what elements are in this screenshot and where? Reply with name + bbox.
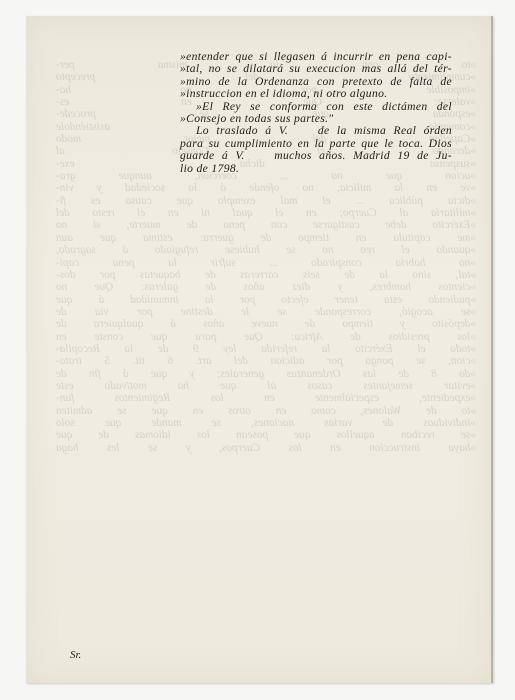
text-line: »instruccion en el idioma, ni otro algun…	[180, 88, 452, 100]
bleed-line: »todo el Exército la referida ley 9 de l…	[56, 343, 476, 355]
bleed-line: »se acogió, corresponde se le destine po…	[56, 306, 476, 318]
date-line: lio de 1798.	[180, 163, 452, 175]
bleed-line: »haya instruccion en los Cuerpos, y se l…	[56, 442, 476, 454]
bleed-line: »pudiendo esta tener efecto por la inmun…	[56, 294, 476, 306]
bleed-line: »militaría al Cuerpo; en el qual ni en e…	[56, 207, 476, 219]
bleed-line: »Exército debe castigarse con pena de mu…	[56, 219, 476, 231]
bleed-line: »me capitula en tiempo de guerra: estima…	[56, 232, 476, 244]
quoted-paragraph-1: »entender que si llegasen á incurrir en …	[180, 51, 452, 101]
quoted-paragraph-2: »El Rey se conforma con este dictámen de…	[180, 101, 452, 126]
bleed-line: »se reciban aquellos que posean los idio…	[56, 429, 476, 441]
closing-paragraph: Lo traslado á V. de la misma Real órden …	[180, 125, 452, 175]
bleed-line: »do 8 de las Ordenanzas generales; y que…	[56, 368, 476, 380]
main-text-block: »entender que si llegasen á incurrir en …	[180, 51, 452, 175]
bleed-line: »los presidios de Africa: Que para que c…	[56, 331, 476, 343]
bleed-line: »no habria conspirado ... sufrir la pena…	[56, 257, 476, 269]
bleed-line: »ve en la milicia, no ofende á la socied…	[56, 182, 476, 194]
text-line: guarde á V. muchos años. Madrid 19 de Ju…	[180, 150, 452, 162]
bleed-line: »expediente, especialmente en los Regimi…	[56, 392, 476, 404]
text-line: Lo traslado á V. de la misma Real órden	[180, 125, 452, 137]
bleed-line: »cientos hombres, y diez años de galeras…	[56, 281, 476, 293]
bleed-line: »dicta pública ... el mal exemplo que ca…	[56, 195, 476, 207]
signature-sr: Sr.	[70, 649, 81, 661]
text-line: »tal, no se dilatará su execucion mas al…	[180, 63, 452, 75]
bleed-line: »tal, sino la de seis carreras de baquet…	[56, 269, 476, 281]
bleed-line: »depósito y tiempo de nueve años á qualq…	[56, 318, 476, 330]
bleed-line: »to de Walones, como en otros en que se …	[56, 405, 476, 417]
bleed-line: »quando el reo no se hubiese refugiado á…	[56, 244, 476, 256]
bleed-line: »evitar semejantes casos al que ha motiv…	[56, 380, 476, 392]
document-page: »to con la misma per-»cumplimiento del p…	[26, 16, 493, 683]
bleed-line: »individuos de varias naciones, se mande…	[56, 417, 476, 429]
bleed-line: »cion, se ponga por adicion del art. 6 t…	[56, 355, 476, 367]
